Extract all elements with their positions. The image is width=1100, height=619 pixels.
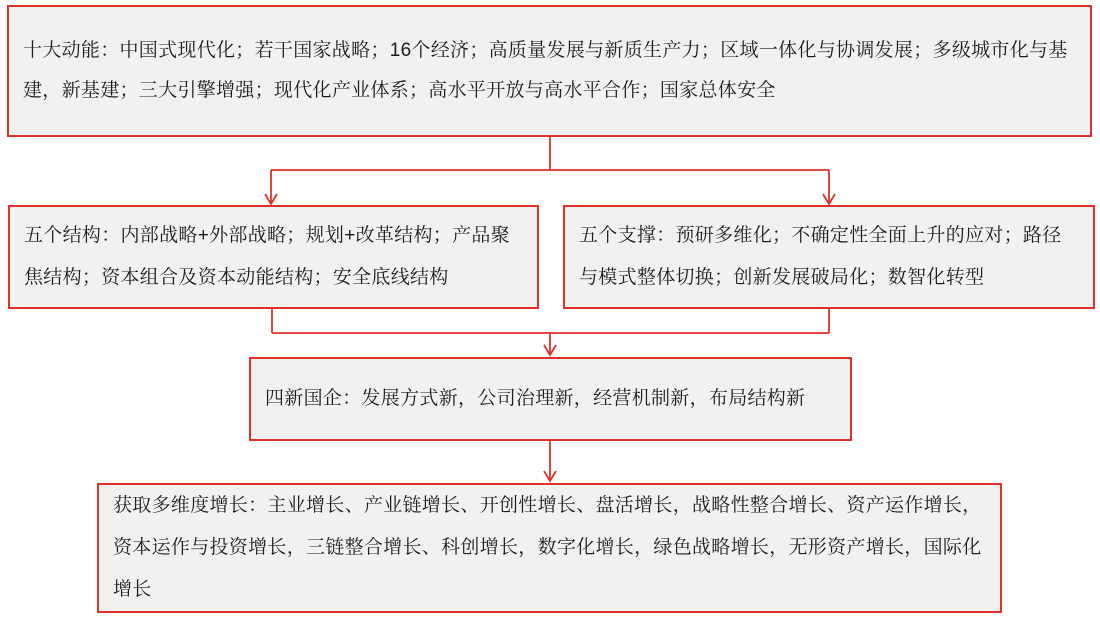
arrowhead-left-icon (265, 194, 277, 204)
flowchart-canvas: 十大动能：中国式现代化；若干国家战略；16个经济；高质量发展与新质生产力；区域一… (0, 0, 1100, 619)
node-five-structures-text: 五个结构：内部战略+外部战略；规划+改革结构；产品聚焦结构；资本组合及资本动能结… (10, 215, 537, 299)
node-multi-dimension-growth: 获取多维度增长：主业增长、产业链增长、开创性增长、盘活增长，战略性整合增长、资产… (97, 483, 1002, 613)
arrowhead-merge-icon (544, 345, 556, 355)
arrowhead-right-icon (823, 194, 835, 204)
node-five-structures: 五个结构：内部战略+外部战略；规划+改革结构；产品聚焦结构；资本组合及资本动能结… (8, 205, 539, 309)
node-four-new-soe: 四新国企：发展方式新，公司治理新，经营机制新，布局结构新 (249, 357, 852, 441)
node-four-new-soe-text: 四新国企：发展方式新，公司治理新，经营机制新，布局结构新 (251, 379, 819, 419)
node-ten-drivers-text: 十大动能：中国式现代化；若干国家战略；16个经济；高质量发展与新质生产力；区域一… (9, 31, 1090, 111)
node-five-supports: 五个支撑：预研多维化；不确定性全面上升的应对；路径与模式整体切换；创新发展破局化… (563, 205, 1095, 309)
node-multi-dimension-growth-text: 获取多维度增长：主业增长、产业链增长、开创性增长、盘活增长，战略性整合增长、资产… (99, 485, 1000, 611)
arrowhead-bottom-icon (544, 471, 556, 481)
node-ten-drivers: 十大动能：中国式现代化；若干国家战略；16个经济；高质量发展与新质生产力；区域一… (7, 5, 1092, 137)
node-five-supports-text: 五个支撑：预研多维化；不确定性全面上升的应对；路径与模式整体切换；创新发展破局化… (565, 215, 1093, 299)
